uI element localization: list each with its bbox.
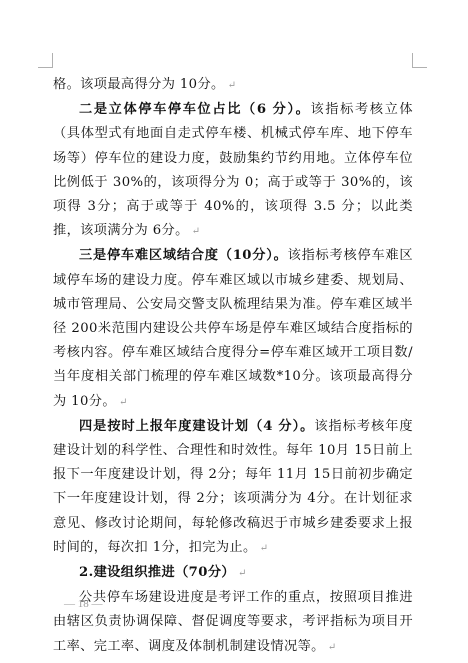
paragraph-mark-icon: ↵: [119, 397, 128, 408]
paragraph-text: 该指标考核立体（具体型式有地面自走式停车楼、机械式停车库、地下停车场等）停车位的…: [53, 102, 413, 238]
paragraph-text: 该指标考核停车难区域停车场的建设力度。停车难区域以市城乡建委、规划局、城市管理局…: [53, 248, 413, 408]
paragraph-mark-icon: ↵: [328, 642, 337, 653]
paragraph-bold-lead: 四是按时上报年度建设计划（4 分）。: [79, 419, 314, 434]
paragraph-3[interactable]: 四是按时上报年度建设计划（4 分）。该指标考核年度建设计划的科学性、合理性和时效…: [53, 415, 413, 561]
crop-mark-top-left: [38, 53, 53, 68]
section-heading-text: 2.建设组织推进（70分）: [79, 565, 235, 580]
paragraph-2[interactable]: 三是停车难区域结合度（10分）。该指标考核停车难区域停车场的建设力度。停车难区域…: [53, 244, 413, 414]
paragraph-0[interactable]: 格。该项最高得分为 10分。↵: [53, 73, 413, 98]
document-page-body: 格。该项最高得分为 10分。↵ 二是立体停车停车位占比（6 分）。该指标考核立体…: [53, 73, 413, 660]
paragraph-mark-icon: ↵: [238, 568, 247, 579]
page-number: — 18 —: [64, 598, 103, 610]
paragraph-bold-lead: 二是立体停车停车位占比（6 分）。: [79, 102, 310, 117]
paragraph-text: 格。该项最高得分为 10分。: [53, 77, 225, 92]
paragraph-1[interactable]: 二是立体停车停车位占比（6 分）。该指标考核立体（具体型式有地面自走式停车楼、机…: [53, 98, 413, 244]
paragraph-5[interactable]: 公共停车场建设进度是考评工作的重点，按照项目推进由辖区负责协调保障、督促调度等要…: [53, 586, 413, 660]
paragraph-text: 该指标考核年度建设计划的科学性、合理性和时效性。每年 10月 15日前上报下一年…: [53, 419, 413, 555]
crop-mark-top-right: [412, 53, 427, 68]
paragraph-mark-icon: ↵: [228, 80, 237, 91]
paragraph-mark-icon: ↵: [192, 226, 201, 237]
paragraph-text: 公共停车场建设进度是考评工作的重点，按照项目推进由辖区负责协调保障、督促调度等要…: [53, 590, 413, 653]
paragraph-mark-icon: ↵: [260, 543, 269, 554]
paragraph-bold-lead: 三是停车难区域结合度（10分）。: [79, 248, 288, 263]
section-heading[interactable]: 2.建设组织推进（70分）↵: [53, 561, 413, 586]
